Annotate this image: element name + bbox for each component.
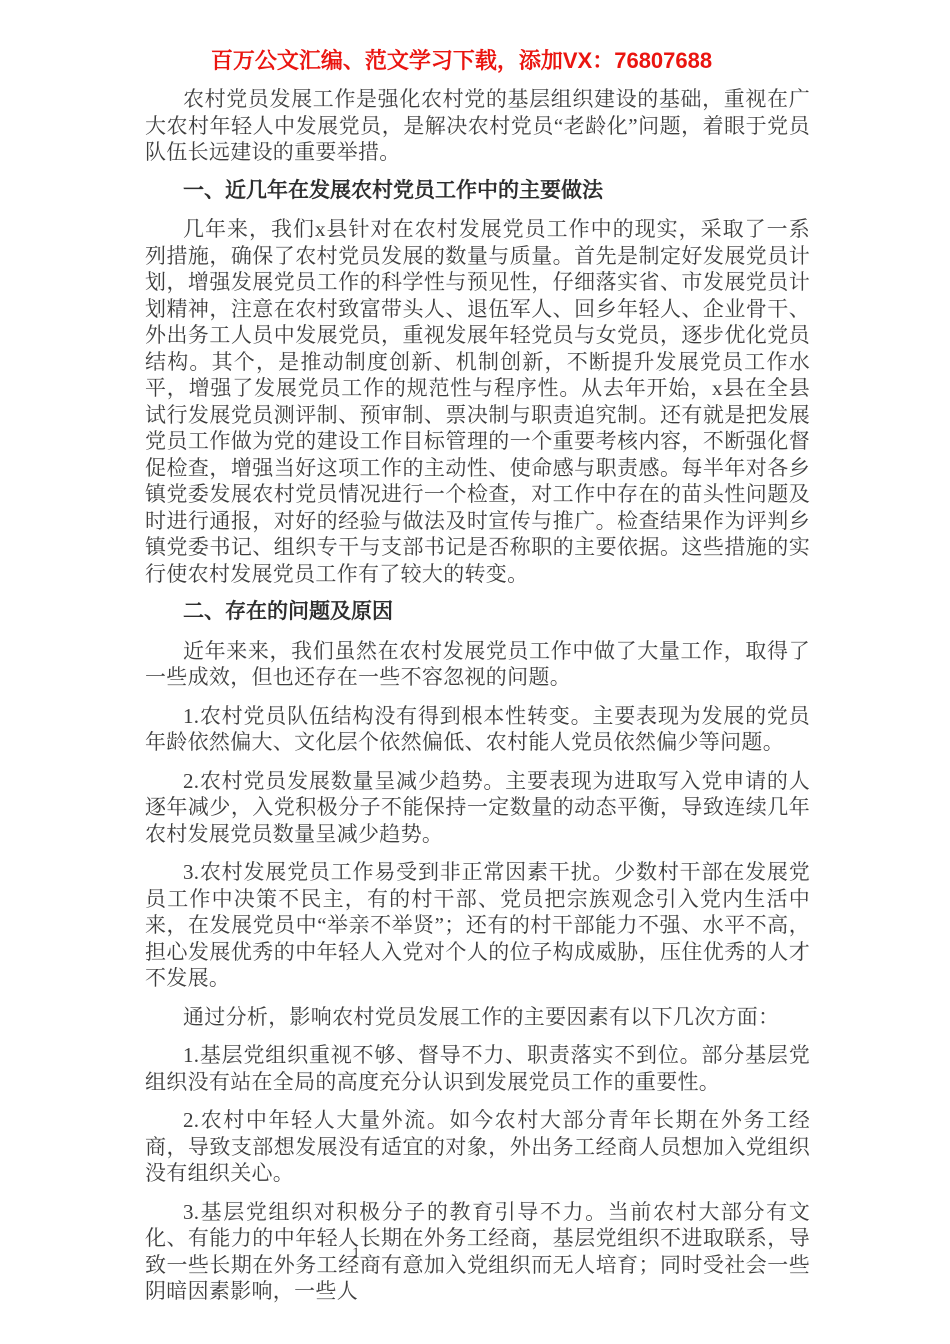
paragraph-section1-body: 几年来，我们x县针对在农村发展党员工作中的现实，采取了一系列措施，确保了农村党员…	[145, 216, 810, 587]
paragraph-problem-1: 1.农村党员队伍结构没有得到根本性转变。主要表现为发展的党员年龄依然偏大、文化层…	[145, 703, 810, 756]
document-body: 农村党员发展工作是强化农村党的基层组织建设的基础，重视在广大农村年轻人中发展党员…	[145, 86, 810, 1305]
document-page: 百万公文汇编、范文学习下载，添加VX：76807688 农村党员发展工作是强化农…	[0, 0, 950, 1344]
paragraph-section2-intro: 近年来来，我们虽然在农村发展党员工作中做了大量工作，取得了一些成效，但也还存在一…	[145, 638, 810, 691]
promo-banner: 百万公文汇编、范文学习下载，添加VX：76807688	[129, 47, 794, 74]
section-heading-2: 二、存在的问题及原因	[145, 599, 810, 626]
paragraph-factor-3: 3.基层党组织对积极分子的教育引导不力。当前农村大部分有文化、有能力的中年轻人长…	[145, 1199, 810, 1305]
paragraph-intro: 农村党员发展工作是强化农村党的基层组织建设的基础，重视在广大农村年轻人中发展党员…	[145, 86, 810, 166]
paragraph-problem-3: 3.农村发展党员工作易受到非正常因素干扰。少数村干部在发展党员工作中决策不民主，…	[145, 859, 810, 992]
section-heading-1: 一、近几年在发展农村党员工作中的主要做法	[145, 178, 810, 205]
paragraph-factor-1: 1.基层党组织重视不够、督导不力、职责落实不到位。部分基层党组织没有站在全局的高…	[145, 1042, 810, 1095]
paragraph-factor-2: 2.农村中年轻人大量外流。如今农村大部分青年长期在外务工经商，导致支部想发展没有…	[145, 1107, 810, 1187]
paragraph-problem-2: 2.农村党员发展数量呈减少趋势。主要表现为进取写入党申请的人逐年减少，入党积极分…	[145, 768, 810, 848]
paragraph-analysis-lead: 通过分析，影响农村党员发展工作的主要因素有以下几次方面：	[145, 1004, 810, 1031]
page-number: 1	[352, 1245, 360, 1263]
